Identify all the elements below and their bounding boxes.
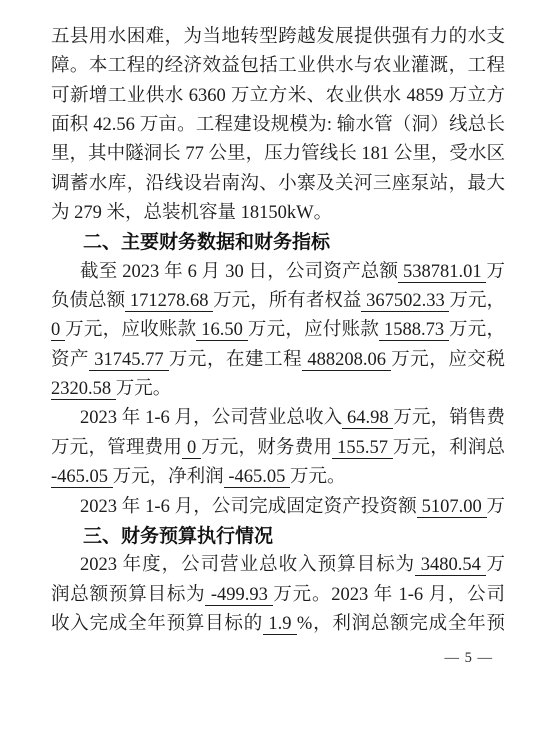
underlined-value: 367502.33 — [361, 291, 449, 312]
page-number: — 5 — — [445, 650, 494, 667]
text-line: 可新增工业供水 6360 万立方米、农业供水 4859 万立方米、灌溉 — [51, 82, 505, 111]
text-line: 2320.58 万元。 — [51, 375, 505, 404]
text-run: 五县用水困难，为当地转型跨越发展提供强有力的水支撑与水保 — [51, 27, 505, 52]
underlined-value: -465.05 — [224, 467, 290, 488]
text-run: 润总额预算目标为 — [51, 585, 205, 605]
underlined-value: 0 — [51, 320, 65, 341]
text-run: 万元。 — [116, 379, 172, 399]
text-run: 万元，管理费用 — [51, 438, 182, 458]
text-run: 万元，应收账款 — [65, 320, 196, 340]
text-run: 万元。 — [290, 467, 346, 487]
text-line: 面积 42.56 万亩。工程建设规模为: 输水管（洞）线总长 258 公 — [51, 111, 505, 140]
text-line: 截至 2023 年 6 月 30 日，公司资产总额 538781.01 万元， — [51, 258, 505, 287]
underlined-value: 31745.77 — [89, 350, 169, 371]
text-run: 2023 年 1-6 月，公司完成固定资产投资额 — [80, 497, 417, 517]
text-line: 2023 年度，公司营业总收入预算目标为 3480.54 万元，利 — [51, 551, 505, 580]
underlined-value: 0 — [182, 438, 201, 459]
text-run: 为 279 米，总装机容量 18150kW。 — [51, 203, 332, 223]
document-page: 五县用水困难，为当地转型跨越发展提供强有力的水支撑与水保障。本工程的经济效益包括… — [0, 0, 557, 732]
text-run: 调蓄水库，沿线设岩南沟、小寨及关河三座泵站，最大设计扬程 — [51, 174, 505, 199]
text-run: 可新增工业供水 6360 万立方米、农业供水 4859 万立方米、灌溉 — [51, 86, 505, 111]
text-line: 2023 年 1-6 月，公司营业总收入 64.98 万元，销售费用 0 — [51, 404, 505, 433]
text-run: 万元，所有者权益 — [213, 291, 361, 311]
underlined-value: 488208.06 — [302, 350, 391, 371]
text-line: 润总额预算目标为 -499.93 万元。2023 年 1-6 月，公司营业总 — [51, 581, 505, 610]
text-line: 0 万元，应收账款 16.50 万元，应付账款 1588.73 万元，固定 — [51, 316, 505, 345]
text-line: 五县用水困难，为当地转型跨越发展提供强有力的水支撑与水保 — [51, 23, 505, 52]
text-run: 万元，净利润 — [113, 467, 224, 487]
text-line: 里，其中隧洞长 77 公里，压力管线长 181 公里，受水区设 8 座 — [51, 140, 505, 169]
underlined-value: 1588.73 — [379, 320, 449, 341]
underlined-value: 1.9 — [263, 614, 297, 635]
underlined-value: 64.98 — [342, 408, 393, 429]
underlined-value: 538781.01 — [398, 262, 486, 283]
underlined-value: 171278.68 — [125, 291, 213, 312]
text-run: 资产 — [51, 350, 89, 370]
text-line: 2023 年 1-6 月，公司完成固定资产投资额 5107.00 万元。 — [51, 493, 505, 522]
underlined-value: -465.05 — [51, 467, 113, 488]
text-line: 万元，管理费用 0 万元，财务费用 155.57 万元，利润总额 — [51, 434, 505, 463]
underlined-value: 3480.54 — [415, 555, 486, 576]
text-run: 三、财务预算执行情况 — [83, 526, 273, 547]
text-run: 2023 年 1-6 月，公司营业总收入 — [80, 408, 342, 428]
text-run: 收入完成全年预算目标的 — [51, 614, 263, 634]
text-run: 万元，财务费用 — [201, 438, 332, 458]
text-run: 障。本工程的经济效益包括工业供水与农业灌溉，工程实施后， — [51, 56, 505, 81]
text-line: 调蓄水库，沿线设岩南沟、小寨及关河三座泵站，最大设计扬程 — [51, 170, 505, 199]
section-heading: 三、财务预算执行情况 — [51, 522, 505, 551]
text-run: 面积 42.56 万亩。工程建设规模为: 输水管（洞）线总长 258 公 — [51, 115, 505, 140]
text-run: 万元，在建工程 — [169, 350, 302, 370]
document-content: 五县用水困难，为当地转型跨越发展提供强有力的水支撑与水保障。本工程的经济效益包括… — [51, 23, 505, 639]
section-heading: 二、主要财务数据和财务指标 — [51, 228, 505, 257]
text-line: 资产 31745.77 万元，在建工程 488208.06 万元，应交税费 — [51, 346, 505, 375]
text-line: -465.05 万元，净利润 -465.05 万元。 — [51, 463, 505, 492]
text-run: 里，其中隧洞长 77 公里，压力管线长 181 公里，受水区设 8 座 — [51, 144, 505, 169]
underlined-value: 155.57 — [332, 438, 393, 459]
underlined-value: 2320.58 — [51, 379, 116, 400]
text-run: 负债总额 — [51, 291, 125, 311]
text-line: 收入完成全年预算目标的 1.9 %，利润总额完成全年预算目标减 — [51, 610, 505, 639]
underlined-value: 5107.00 — [417, 497, 487, 518]
text-line: 障。本工程的经济效益包括工业供水与农业灌溉，工程实施后， — [51, 52, 505, 81]
underlined-value: 16.50 — [196, 320, 247, 341]
text-run: 二、主要财务数据和财务指标 — [83, 232, 330, 253]
underlined-value: -499.93 — [205, 585, 273, 606]
text-line: 为 279 米，总装机容量 18150kW。 — [51, 199, 505, 228]
text-run: 2023 年度，公司营业总收入预算目标为 — [80, 555, 415, 575]
text-run: 万元，应付账款 — [248, 320, 379, 340]
text-run: 截至 2023 年 6 月 30 日，公司资产总额 — [80, 262, 398, 282]
text-line: 负债总额 171278.68 万元，所有者权益 367502.33 万元，存货 — [51, 287, 505, 316]
